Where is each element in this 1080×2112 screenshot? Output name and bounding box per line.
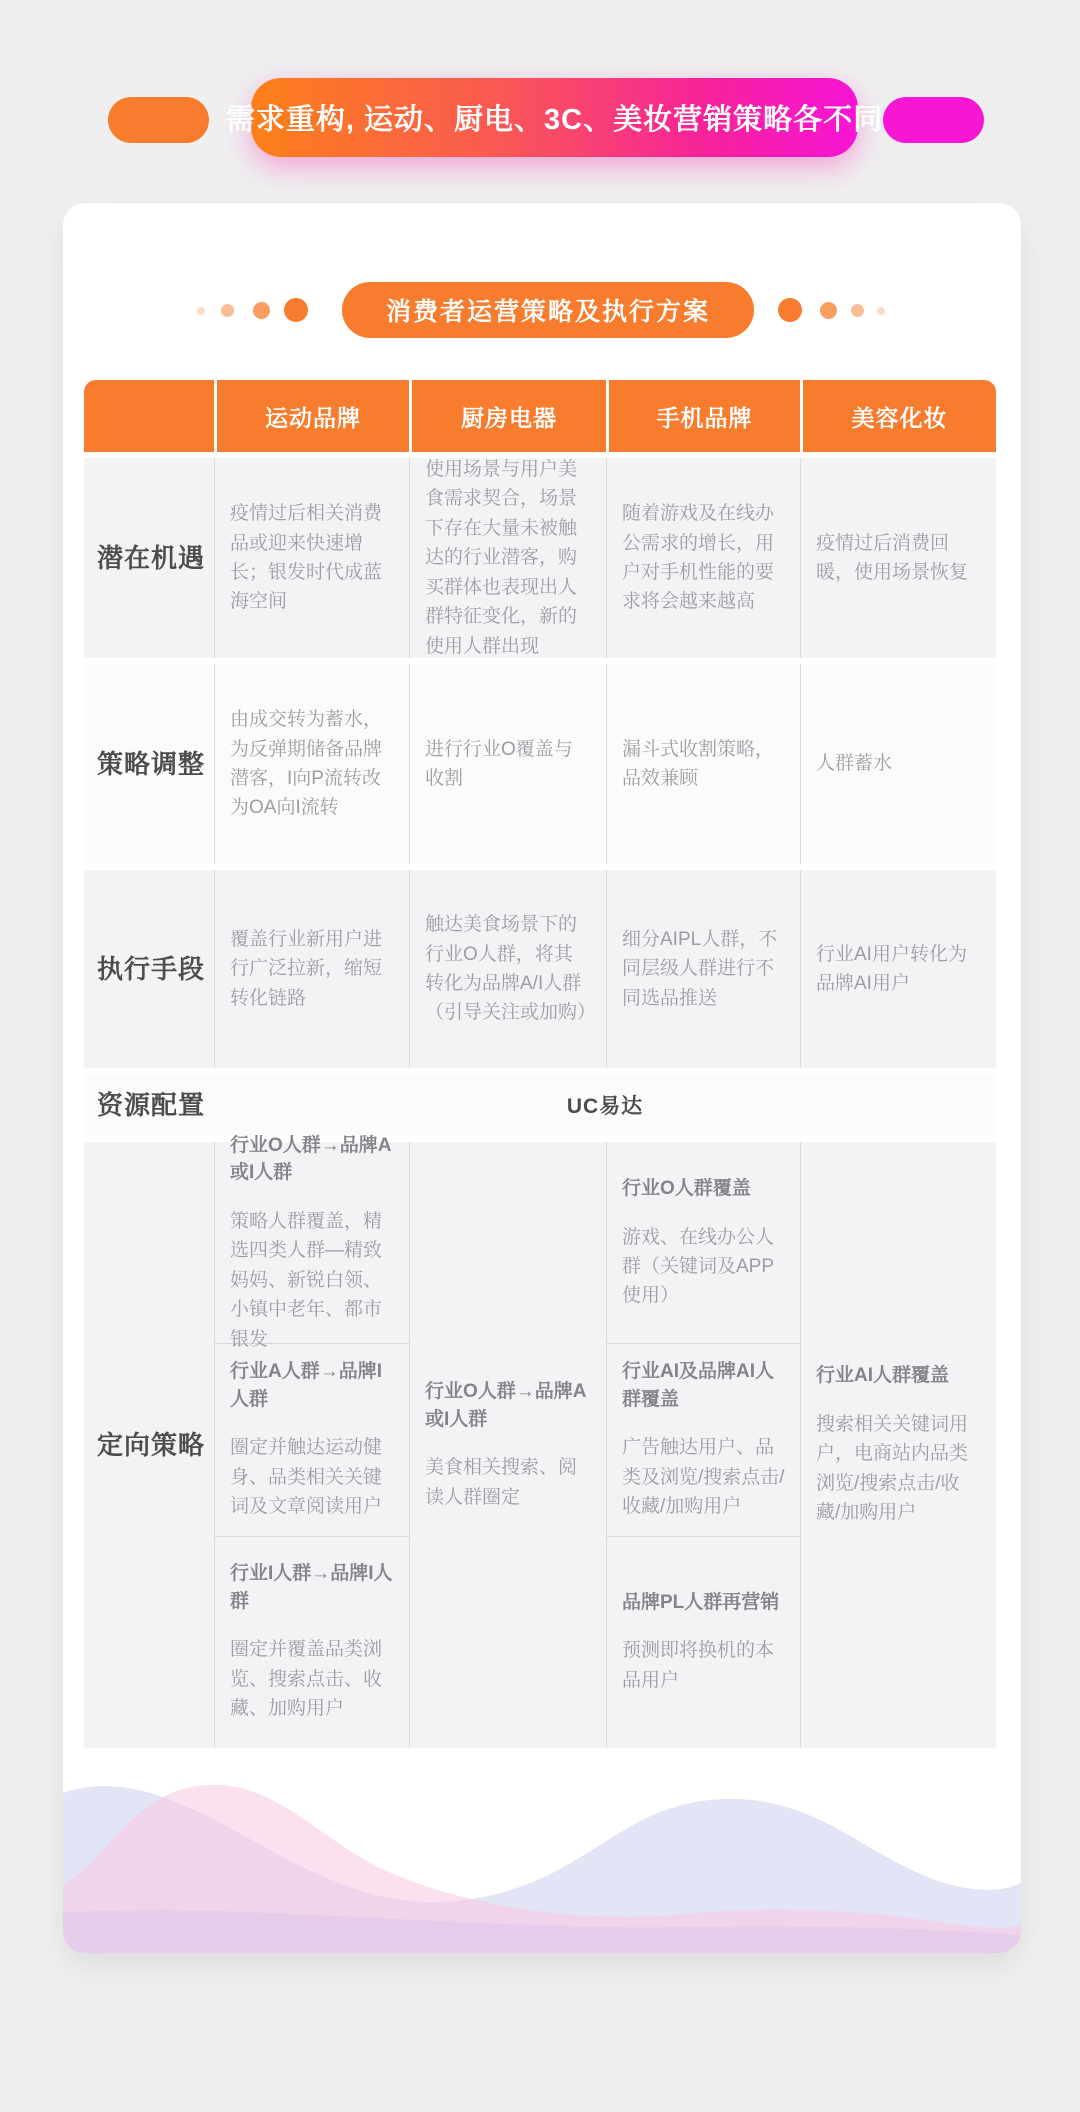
table-row-execution: 执行手段 覆盖行业新用户进行广泛拉新，缩短转化链路 触达美食场景下的行业O人群，… (84, 870, 996, 1068)
table-row-resources: 资源配置 UC易达 (84, 1074, 996, 1136)
content-card: 消费者运营策略及执行方案 运动品牌 厨房电器 手机品牌 美容化妆 潜在机遇 疫情… (63, 203, 1021, 1953)
block-title: 行业O人群→品牌A或I人群 (425, 1378, 591, 1433)
decor-pill-magenta (883, 97, 984, 143)
block-body: 广告触达用户、品类及浏览/搜索点击/收藏/加购用户 (622, 1433, 785, 1521)
table-row-opportunity: 潜在机遇 疫情过后相关消费品或迎来快速增长；银发时代成蓝海空间 使用场景与用户美… (84, 458, 996, 658)
table-cell: 漏斗式收割策略，品效兼顾 (606, 664, 800, 864)
block-body: 搜索相关关键词用户，电商站内品类浏览/搜索点击/收藏/加购用户 (816, 1410, 981, 1528)
targeting-block: 行业I人群→品牌I人群 圈定并覆盖品类浏览、搜索点击、收藏、加购用户 (215, 1537, 409, 1747)
page-title: 需求重构, 运动、厨电、3C、美妆营销策略各不同 (226, 97, 883, 138)
footer-wave-decoration (63, 1763, 1021, 1953)
table-row-targeting: 定向策略 行业O人群→品牌A或I人群 策略人群覆盖，精选四类人群—精致妈妈、新锐… (84, 1142, 996, 1748)
table-cell: 使用场景与用户美食需求契合，场景下存在大量未被触达的行业潜客，购买群体也表现出人… (409, 458, 606, 658)
section-title: 消费者运营策略及执行方案 (386, 292, 710, 328)
targeting-block: 品牌PL人群再营销 预测即将换机的本品用户 (607, 1537, 800, 1747)
block-title: 行业AI及品牌AI人群覆盖 (622, 1358, 785, 1413)
block-title: 行业O人群→品牌A或I人群 (230, 1132, 394, 1187)
table-cell: 随着游戏及在线办公需求的增长，用户对手机性能的要求将会越来越高 (606, 458, 800, 658)
table-cell: 疫情过后相关消费品或迎来快速增长；银发时代成蓝海空间 (214, 458, 409, 658)
table-header-row: 运动品牌 厨房电器 手机品牌 美容化妆 (84, 380, 996, 452)
decor-dot (197, 307, 205, 315)
merged-cell-uc: UC易达 (214, 1074, 996, 1136)
header-cell-kitchen: 厨房电器 (409, 380, 606, 452)
header-cell-sports: 运动品牌 (214, 380, 409, 452)
block-title: 行业O人群覆盖 (622, 1175, 785, 1203)
block-body: 美食相关搜索、阅读人群圈定 (425, 1453, 591, 1512)
row-label: 策略调整 (84, 664, 214, 864)
block-body: 预测即将换机的本品用户 (622, 1636, 785, 1695)
decor-dot (253, 302, 270, 319)
block-title: 行业A人群→品牌I人群 (230, 1358, 394, 1413)
block-body: 策略人群覆盖，精选四类人群—精致妈妈、新锐白领、小镇中老年、都市银发 (230, 1207, 394, 1354)
decor-dot (284, 298, 308, 322)
block-title: 行业AI人群覆盖 (816, 1362, 981, 1390)
table-cell: 覆盖行业新用户进行广泛拉新，缩短转化链路 (214, 870, 409, 1068)
decor-pill-orange (108, 97, 209, 143)
strategy-table: 运动品牌 厨房电器 手机品牌 美容化妆 潜在机遇 疫情过后相关消费品或迎来快速增… (84, 380, 996, 1748)
section-title-pill: 消费者运营策略及执行方案 (342, 282, 754, 338)
decor-dot (877, 307, 885, 315)
block-body: 游戏、在线办公人群（关键词及APP使用） (622, 1223, 785, 1311)
targeting-col-phone: 行业O人群覆盖 游戏、在线办公人群（关键词及APP使用） 行业AI及品牌AI人群… (606, 1142, 800, 1748)
header-cell-phone: 手机品牌 (606, 380, 800, 452)
row-label: 定向策略 (84, 1142, 214, 1748)
row-label: 执行手段 (84, 870, 214, 1068)
targeting-block: 行业O人群→品牌A或I人群 策略人群覆盖，精选四类人群—精致妈妈、新锐白领、小镇… (215, 1143, 409, 1344)
decor-dot (221, 304, 234, 317)
decor-dot (820, 302, 837, 319)
row-label: 潜在机遇 (84, 458, 214, 658)
targeting-block: 行业O人群覆盖 游戏、在线办公人群（关键词及APP使用） (607, 1143, 800, 1344)
table-cell: 人群蓄水 (800, 664, 996, 864)
decor-dot (851, 304, 864, 317)
block-title: 行业I人群→品牌I人群 (230, 1560, 394, 1615)
table-cell: 疫情过后消费回暖，使用场景恢复 (800, 458, 996, 658)
targeting-block: 行业AI及品牌AI人群覆盖 广告触达用户、品类及浏览/搜索点击/收藏/加购用户 (607, 1344, 800, 1537)
targeting-block: 行业A人群→品牌I人群 圈定并触达运动健身、品类相关关键词及文章阅读用户 (215, 1344, 409, 1537)
table-row-strategy-adjust: 策略调整 由成交转为蓄水，为反弹期储备品牌潜客，I向P流转改为OA向I流转 进行… (84, 664, 996, 864)
table-cell: 进行行业O覆盖与收割 (409, 664, 606, 864)
targeting-col-sports: 行业O人群→品牌A或I人群 策略人群覆盖，精选四类人群—精致妈妈、新锐白领、小镇… (214, 1142, 409, 1748)
row-label: 资源配置 (84, 1074, 214, 1136)
header-cell-empty (84, 380, 214, 452)
block-body: 圈定并触达运动健身、品类相关关键词及文章阅读用户 (230, 1433, 394, 1521)
table-cell: 行业AI用户转化为品牌AI用户 (800, 870, 996, 1068)
block-title: 品牌PL人群再营销 (622, 1589, 785, 1617)
table-cell: 由成交转为蓄水，为反弹期储备品牌潜客，I向P流转改为OA向I流转 (214, 664, 409, 864)
targeting-col-beauty: 行业AI人群覆盖 搜索相关关键词用户，电商站内品类浏览/搜索点击/收藏/加购用户 (800, 1142, 996, 1748)
table-cell: 细分AIPL人群，不同层级人群进行不同选品推送 (606, 870, 800, 1068)
block-body: 圈定并覆盖品类浏览、搜索点击、收藏、加购用户 (230, 1635, 394, 1723)
header-cell-beauty: 美容化妆 (800, 380, 996, 452)
decor-dot (778, 298, 802, 322)
targeting-col-kitchen: 行业O人群→品牌A或I人群 美食相关搜索、阅读人群圈定 (409, 1142, 606, 1748)
page-title-banner: 需求重构, 运动、厨电、3C、美妆营销策略各不同 (251, 78, 858, 157)
table-cell: 触达美食场景下的行业O人群，将其转化为品牌A/I人群（引导关注或加购） (409, 870, 606, 1068)
